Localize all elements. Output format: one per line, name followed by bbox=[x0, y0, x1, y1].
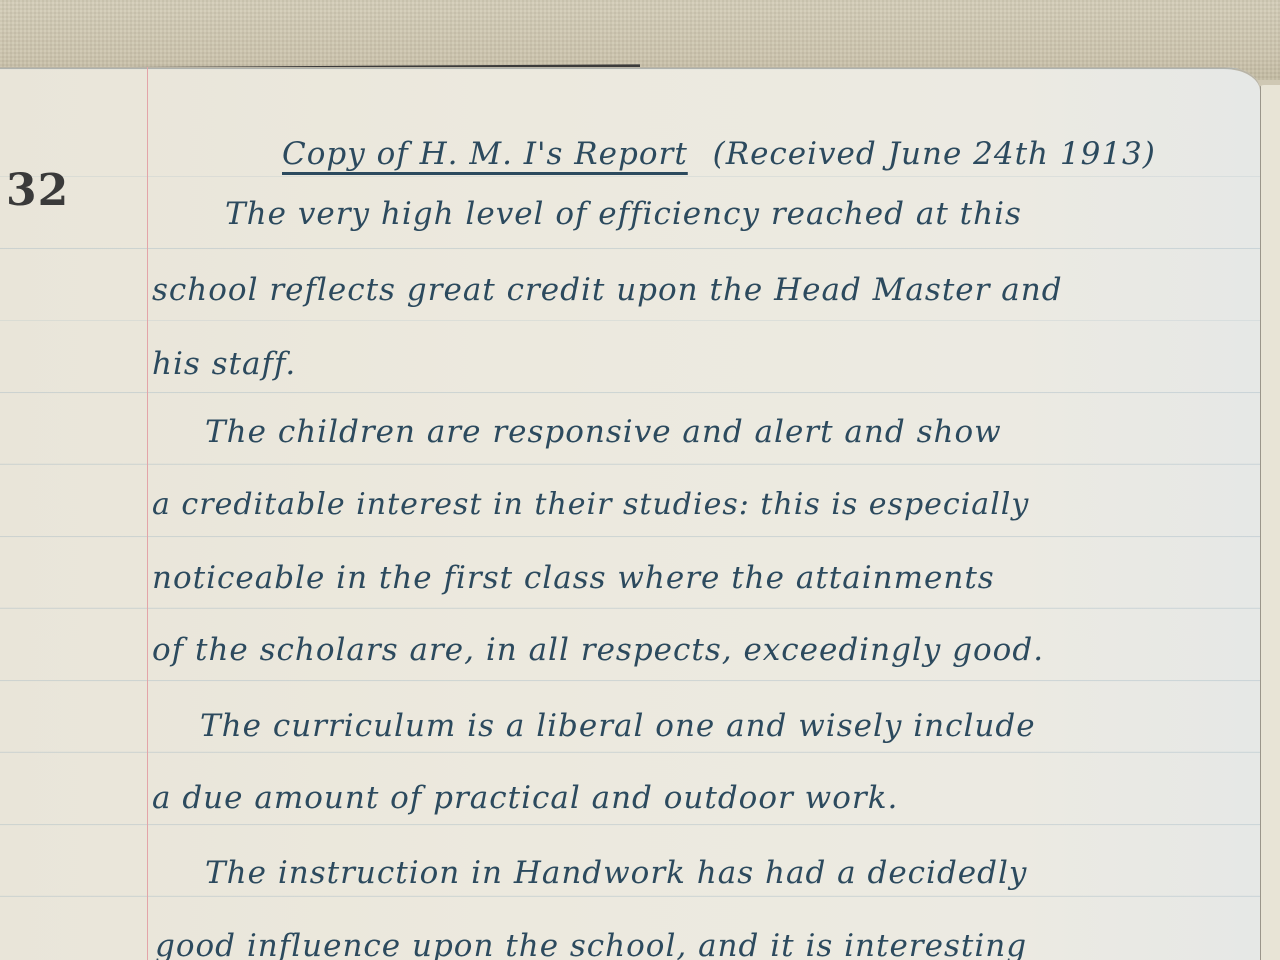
report-title: Copy of H. M. I's Report bbox=[282, 136, 688, 172]
next-page-edge bbox=[1258, 85, 1280, 960]
received-date: (Received June 24th 1913) bbox=[713, 136, 1156, 172]
text-line: noticeable in the first class where the … bbox=[152, 560, 995, 596]
text-line: school reflects great credit upon the He… bbox=[152, 272, 1063, 308]
text-line: of the scholars are, in all respects, ex… bbox=[152, 632, 1044, 668]
text-line: The curriculum is a liberal one and wise… bbox=[200, 708, 1036, 744]
text-line: good influence upon the school, and it i… bbox=[155, 928, 1027, 960]
text-line: The children are responsive and alert an… bbox=[205, 414, 1002, 450]
text-line: The very high level of efficiency reache… bbox=[225, 196, 1022, 232]
page-number: 32 bbox=[6, 165, 69, 216]
margin-rule bbox=[147, 67, 148, 960]
text-line: a due amount of practical and outdoor wo… bbox=[152, 780, 898, 816]
text-line: his staff. bbox=[152, 346, 296, 382]
text-line: The instruction in Handwork has had a de… bbox=[205, 855, 1027, 891]
report-heading: Copy of H. M. I's Report (Received June … bbox=[282, 136, 1156, 172]
text-line: a creditable interest in their studies: … bbox=[152, 487, 1029, 522]
